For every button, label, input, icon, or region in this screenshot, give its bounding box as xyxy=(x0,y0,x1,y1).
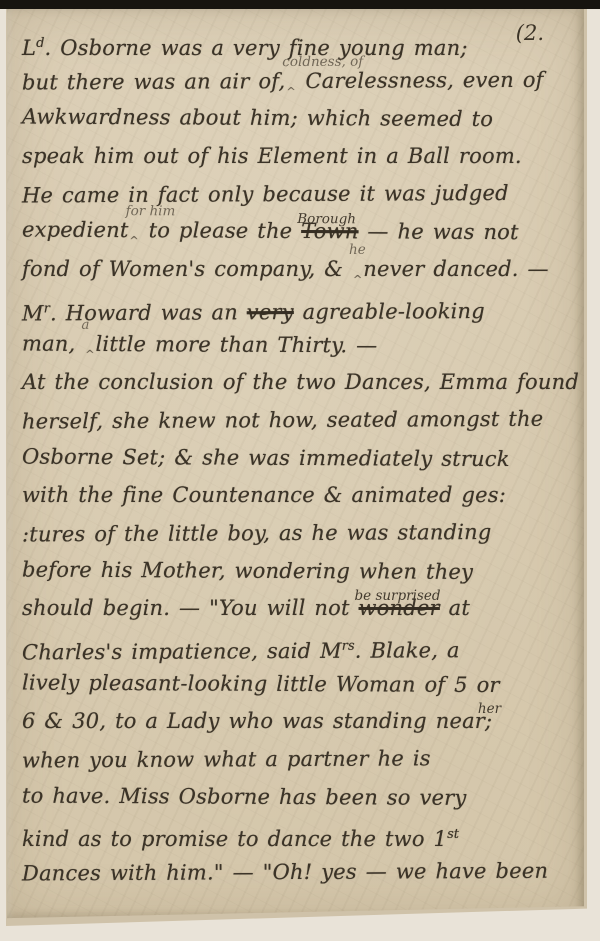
line-text: with the fine Countenance & animated ges… xyxy=(22,483,506,507)
manuscript-line: At the conclusion of the two Dances, Emm… xyxy=(22,364,580,402)
line-text: herself, she knew not how, seated amongs… xyxy=(22,407,543,434)
struck-out-text: TownBorough xyxy=(301,219,358,243)
line-text: . Osborne was a very fine young man; xyxy=(44,36,467,60)
manuscript-line: man, ^alittle more than Thirty. — xyxy=(22,325,580,366)
interlinear-insertion: coldness, of xyxy=(282,55,363,69)
line-text: At the conclusion of the two Dances, Emm… xyxy=(22,370,579,394)
line-text: — he was not xyxy=(358,220,518,245)
line-text: . Blake, a xyxy=(355,638,460,663)
manuscript-line: Charles's impatience, said Mrs. Blake, a xyxy=(22,627,580,668)
manuscript-line: Osborne Set; & she was immediately struc… xyxy=(22,438,580,479)
insertion-caret: ^for him xyxy=(129,235,138,248)
line-text: man, xyxy=(22,331,84,355)
manuscript-line: herself, she knew not how, seated amongs… xyxy=(22,400,580,441)
line-text: Dances with him." — "Oh! yes — we have b… xyxy=(22,859,548,886)
interlinear-insertion: he xyxy=(349,244,366,258)
interlinear-insertion: a xyxy=(81,318,89,332)
line-text: to please the xyxy=(140,219,302,244)
insertion-caret: ^a xyxy=(85,347,94,360)
manuscript-line: Dances with him." — "Oh! yes — we have b… xyxy=(22,853,580,894)
line-text: He came in fact only because it was judg… xyxy=(22,181,509,208)
line-text: to have. Miss Osborne has been so very xyxy=(22,783,467,809)
struck-out-text: very xyxy=(247,300,294,324)
manuscript-line: Mr. Howard was an very agreable-looking xyxy=(22,287,580,328)
line-text: 6 & 30, to a Lady who was standing xyxy=(22,709,436,733)
manuscript-line: expedient^for him to please the TownBoro… xyxy=(22,212,580,253)
line-text: kind as to promise to dance the two 1 xyxy=(22,827,447,851)
line-text: should begin. — "You will not xyxy=(22,596,359,620)
manuscript-line: to have. Miss Osborne has been so very xyxy=(22,777,580,818)
line-text: rs xyxy=(342,639,355,654)
manuscript-line: when you know what a partner he is xyxy=(22,740,580,781)
manuscript-line: kind as to promise to dance the two 1st xyxy=(22,816,580,854)
insertion-caret: ^he xyxy=(353,273,362,286)
line-text: Charles's impatience, said M xyxy=(22,639,342,665)
line-text: nearher xyxy=(436,709,485,733)
line-text: at xyxy=(440,596,470,620)
line-text: Awkwardness about him; which seemed to xyxy=(22,105,493,131)
line-text: before his Mother, wondering when they xyxy=(22,557,473,583)
line-text: L xyxy=(22,36,36,60)
manuscript-line: He came in fact only because it was judg… xyxy=(22,174,580,215)
manuscript-line: speak him out of his Element in a Ball r… xyxy=(22,138,580,176)
manuscript-page: (2. Ld. Osborne was a very fine young ma… xyxy=(7,9,584,919)
line-text: . Howard was an xyxy=(50,300,247,325)
manuscript-line: before his Mother, wondering when they xyxy=(22,551,580,592)
manuscript-lines: Ld. Osborne was a very fine young man;bu… xyxy=(22,25,580,892)
line-text: ; xyxy=(485,709,492,733)
manuscript-line: fond of Women's company, & ^henever danc… xyxy=(22,251,580,289)
manuscript-line: Awkwardness about him; which seemed to xyxy=(22,99,580,140)
line-text: expedient xyxy=(22,218,129,243)
interlinear-insertion: Borough xyxy=(297,213,356,227)
line-text: M xyxy=(22,301,44,325)
manuscript-line: lively pleasant-looking little Woman of … xyxy=(22,664,580,705)
line-text: st xyxy=(447,827,459,842)
manuscript-line: but there was an air of,^coldness, of Ca… xyxy=(22,61,580,102)
manuscript-scan: (2. Ld. Osborne was a very fine young ma… xyxy=(0,0,600,941)
line-text: agreable-looking xyxy=(294,299,485,324)
line-text: lively pleasant-looking little Woman of … xyxy=(22,670,500,697)
line-text: Carelessness, even of xyxy=(297,67,544,92)
manuscript-line: :tures of the little boy, as he was stan… xyxy=(22,513,580,554)
line-text: Osborne Set; & she was immediately struc… xyxy=(22,444,510,471)
struck-out-text: wonderbe surprised xyxy=(359,596,440,620)
line-text: never danced. — xyxy=(363,257,548,281)
line-text: but there was an air of, xyxy=(22,69,286,94)
line-text: fond of Women's company, & xyxy=(22,257,352,281)
insertion-caret: ^coldness, of xyxy=(286,85,295,98)
line-text: little more than Thirty. — xyxy=(95,331,377,356)
manuscript-line: with the fine Countenance & animated ges… xyxy=(22,477,580,515)
line-text: speak him out of his Element in a Ball r… xyxy=(22,144,522,168)
interlinear-insertion: be surprised xyxy=(355,590,441,604)
interlinear-insertion: for him xyxy=(126,205,176,219)
manuscript-line: should begin. — "You will not wonderbe s… xyxy=(22,590,580,628)
line-text: :tures of the little boy, as he was stan… xyxy=(22,520,492,546)
line-text: when you know what a partner he is xyxy=(22,746,431,772)
manuscript-line: 6 & 30, to a Lady who was standing nearh… xyxy=(22,703,580,741)
